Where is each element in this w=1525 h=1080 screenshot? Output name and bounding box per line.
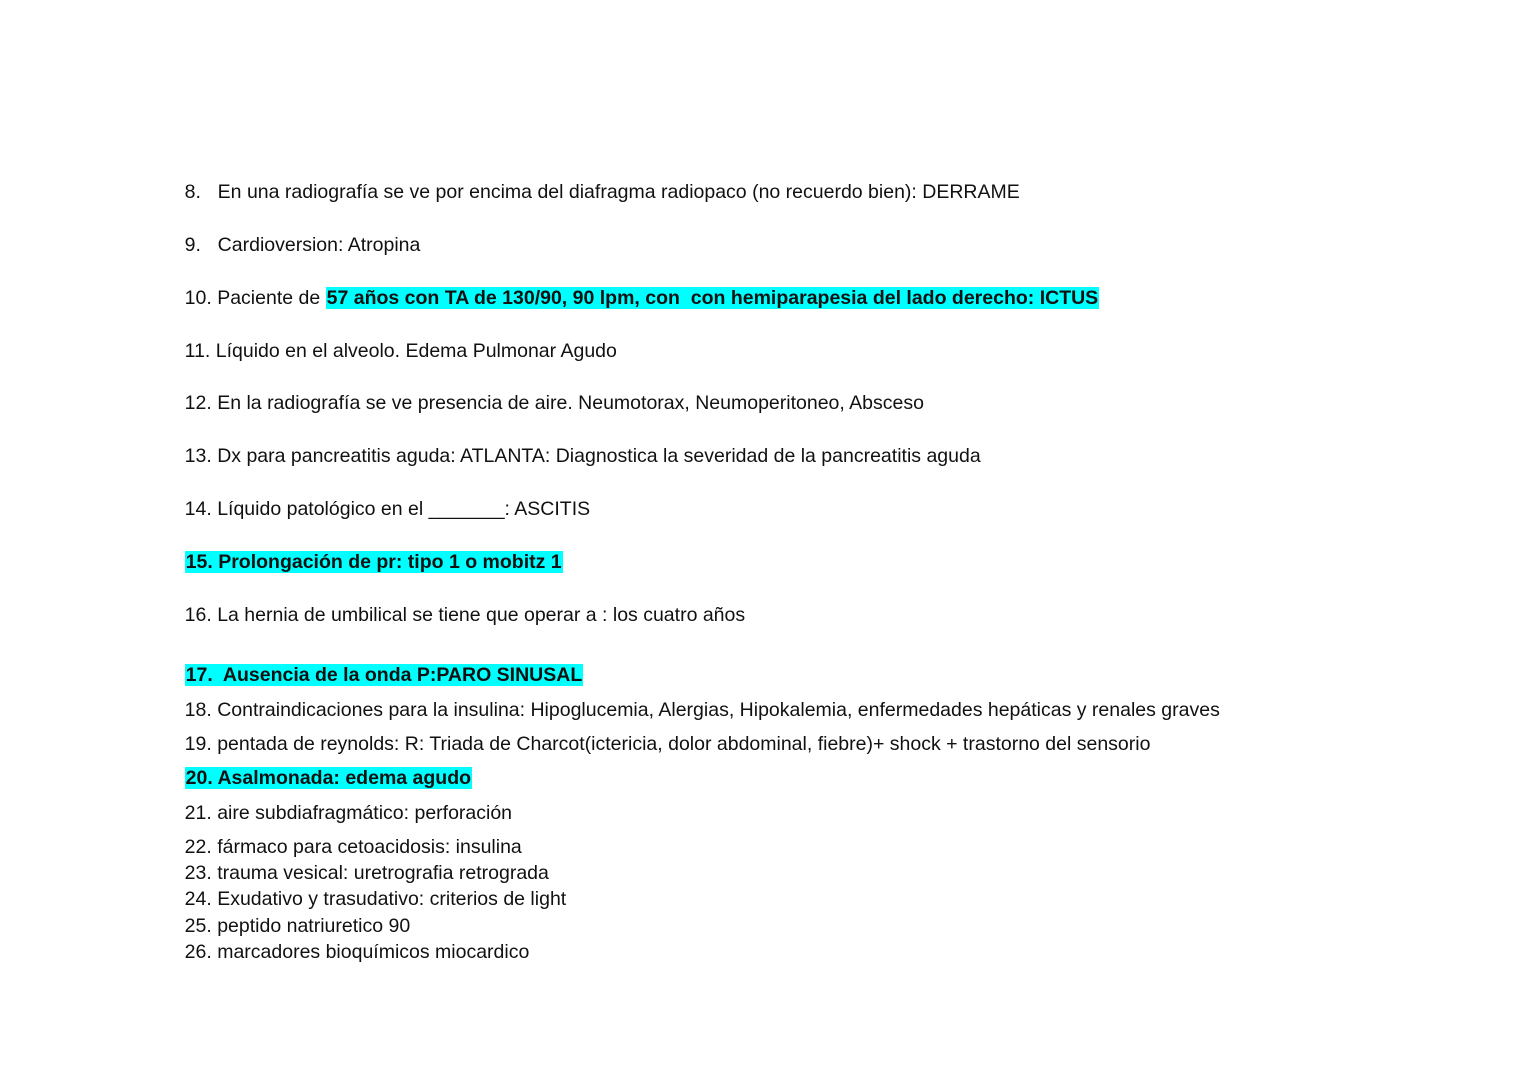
highlighted-text: 15. Prolongación de pr: tipo 1 o mobitz … (185, 551, 563, 573)
item-text: Dx para pancreatitis aguda: ATLANTA: Dia… (217, 445, 980, 467)
document-page: 8.En una radiografía se ve por encima de… (0, 0, 1525, 1080)
list-item-26: 26. marcadores bioquímicos miocardico (163, 916, 529, 988)
item-text: En una radiografía se ve por encima del … (218, 181, 1020, 203)
item-number: 14. (185, 497, 212, 521)
item-text: Líquido patológico en el _______: ASCITI… (217, 498, 590, 520)
item-text: Paciente de (217, 287, 325, 309)
item-text: Líquido en el alveolo. Edema Pulmonar Ag… (216, 340, 617, 362)
item-text: Cardioversion: Atropina (218, 234, 421, 256)
item-number: 9. (185, 233, 218, 257)
item-number: 8. (185, 180, 218, 204)
highlighted-text: 57 años con TA de 130/90, 90 lpm, con co… (326, 287, 1100, 309)
item-number: 12. (185, 391, 212, 415)
item-text: La hernia de umbilical se tiene que oper… (217, 604, 745, 626)
item-text: En la radiografía se ve presencia de air… (217, 392, 924, 414)
item-number: 10. (185, 286, 212, 310)
item-number: 11. (185, 339, 211, 363)
item-number: 13. (185, 444, 212, 468)
item-number: 26. (185, 940, 212, 964)
item-text: marcadores bioquímicos miocardico (217, 941, 529, 963)
item-number: 16. (185, 603, 212, 627)
